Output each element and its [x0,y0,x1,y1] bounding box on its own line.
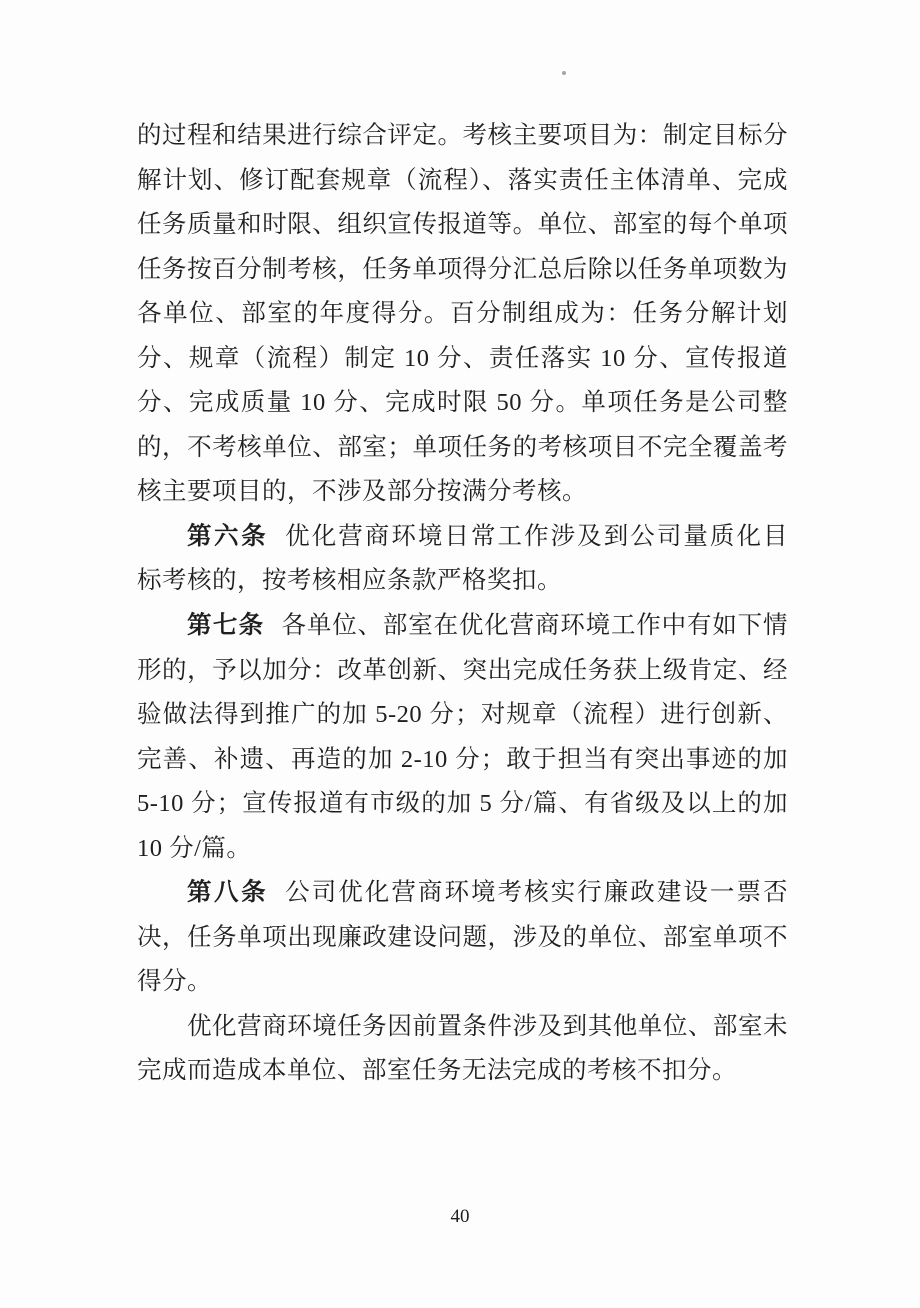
text-line: 10 分/篇。 [137,827,788,872]
text-line: 得分。 [137,960,788,1005]
article-text: 公司优化营商环境考核实行廉政建设一票否 [285,879,788,906]
document-text: 的过程和结果进行综合评定。考核主要项目为：制定目标分解计划、修订配套规章（流程）… [137,114,788,1094]
document-page: 的过程和结果进行综合评定。考核主要项目为：制定目标分解计划、修订配套规章（流程）… [0,0,920,1308]
text-line: 第六条优化营商环境日常工作涉及到公司量质化目 [137,515,788,560]
text-line: 的，不考核单位、部室；单项任务的考核项目不完全覆盖考 [137,426,788,471]
text-line: 决，任务单项出现廉政建设问题，涉及的单位、部室单项不 [137,916,788,961]
article-number-term: 第六条 [187,523,268,550]
text-line: 5-10 分；宣传报道有市级的加 5 分/篇、有省级及以上的加 [137,782,788,827]
text-line: 任务按百分制考核，任务单项得分汇总后除以任务单项数为 [137,248,788,293]
text-line: 验做法得到推广的加 5-20 分；对规章（流程）进行创新、 [137,693,788,738]
text-line: 任务质量和时限、组织宣传报道等。单位、部室的每个单项 [137,203,788,248]
page-number: 40 [0,1206,920,1228]
text-line: 核主要项目的，不涉及部分按满分考核。 [137,470,788,515]
article-text: 各单位、部室在优化营商环境工作中有如下情 [282,612,788,639]
scan-artifact-dot [562,71,566,75]
text-line: 各单位、部室的年度得分。百分制组成为：任务分解计划 10 [137,292,788,337]
article-number-term: 第七条 [187,612,265,639]
text-line: 优化营商环境任务因前置条件涉及到其他单位、部室未 [137,1005,788,1050]
text-line: 解计划、修订配套规章（流程）、落实责任主体清单、完成 [137,159,788,204]
text-line: 第七条各单位、部室在优化营商环境工作中有如下情 [137,604,788,649]
text-line: 形的，予以加分：改革创新、突出完成任务获上级肯定、经 [137,649,788,694]
article-text: 优化营商环境日常工作涉及到公司量质化目 [285,523,788,550]
text-line: 分、完成质量 10 分、完成时限 50 分。单项任务是公司整体 [137,381,788,426]
text-line: 分、规章（流程）制定 10 分、责任落实 10 分、宣传报道 10 [137,337,788,382]
text-line: 第八条公司优化营商环境考核实行廉政建设一票否 [137,871,788,916]
text-line: 完善、补遗、再造的加 2-10 分；敢于担当有突出事迹的加 [137,738,788,783]
text-line: 标考核的，按考核相应条款严格奖扣。 [137,559,788,604]
text-line: 的过程和结果进行综合评定。考核主要项目为：制定目标分 [137,114,788,159]
article-number-term: 第八条 [187,879,268,906]
text-line: 完成而造成本单位、部室任务无法完成的考核不扣分。 [137,1049,788,1094]
